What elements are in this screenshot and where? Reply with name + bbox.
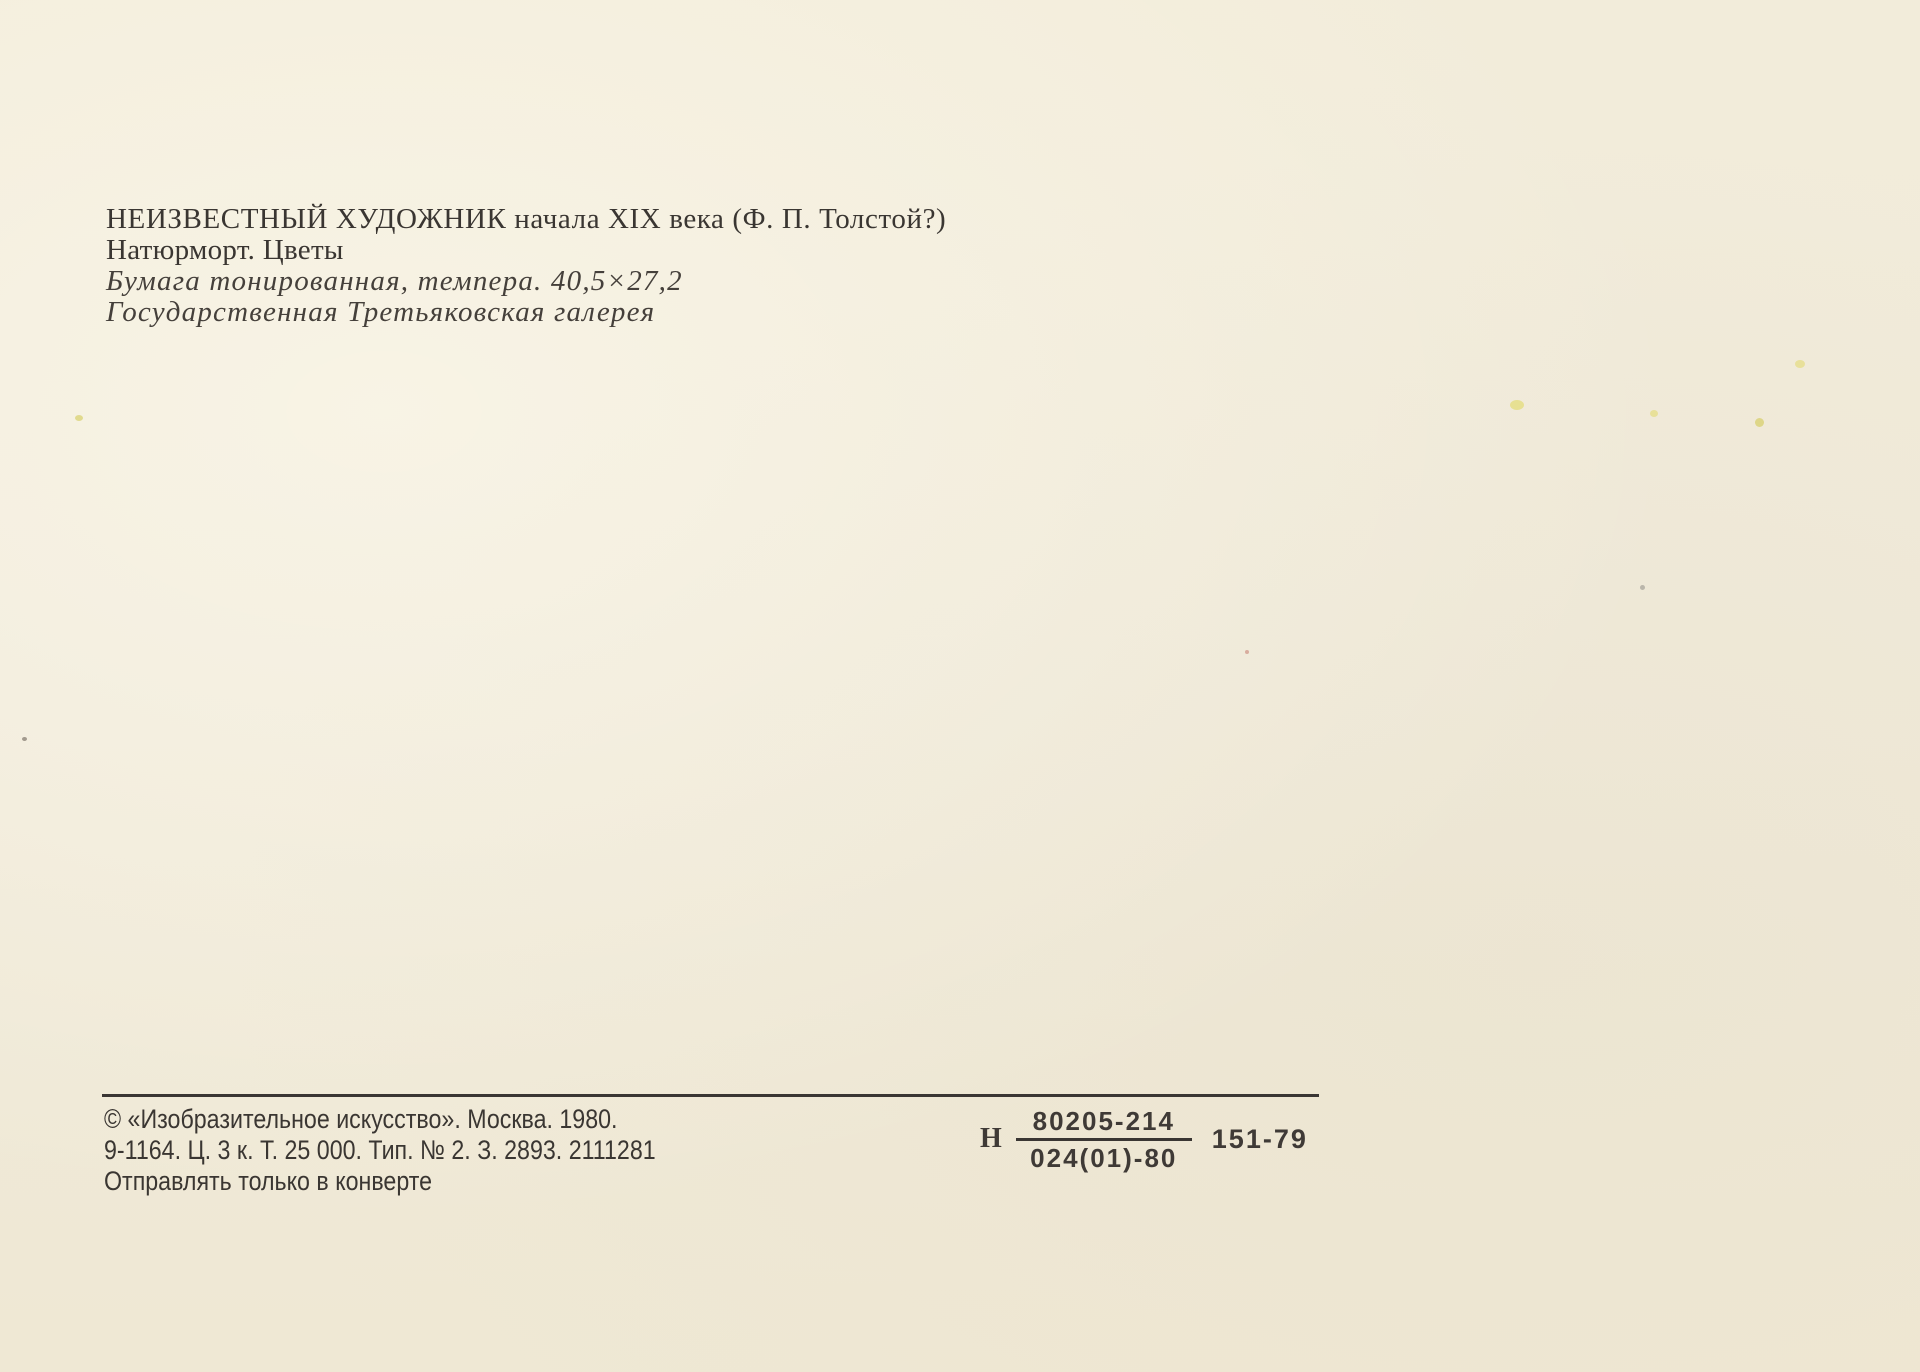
index-code: 151-79 xyxy=(1212,1124,1308,1155)
index-numerator: 80205-214 xyxy=(1033,1106,1175,1136)
fraction-bar xyxy=(1016,1138,1192,1141)
paper-speck xyxy=(1755,418,1764,427)
index-denominator: 024(01)-80 xyxy=(1030,1143,1177,1173)
mailing-note: Отправлять только в конверте xyxy=(104,1166,656,1197)
paper-speck xyxy=(1795,360,1805,368)
paper-speck xyxy=(1650,410,1658,417)
artwork-title: Натюрморт. Цветы xyxy=(106,235,946,266)
print-details-line: 9-1164. Ц. 3 к. Т. 25 000. Тип. № 2. З. … xyxy=(104,1135,656,1166)
artwork-caption: НЕИЗВЕСТНЫЙ ХУДОЖНИК начала XIX века (Ф.… xyxy=(106,204,946,328)
paper-speck xyxy=(75,415,83,421)
paper-speck xyxy=(1245,650,1249,654)
publisher-imprint: © «Изобразительное искусство». Москва. 1… xyxy=(104,1104,745,1197)
index-fraction: 80205-214 024(01)-80 xyxy=(1016,1106,1192,1173)
medium-dimensions: Бумага тонированная, темпера. 40,5×27,2 xyxy=(106,266,946,297)
artist-line: НЕИЗВЕСТНЫЙ ХУДОЖНИК начала XIX века (Ф.… xyxy=(106,204,946,235)
divider-rule xyxy=(102,1094,1319,1097)
copyright-line: © «Изобразительное искусство». Москва. 1… xyxy=(104,1104,656,1135)
catalog-index: Н 80205-214 024(01)-80 151-79 xyxy=(980,1104,1308,1174)
paper-speck xyxy=(1510,400,1524,410)
paper-speck xyxy=(22,737,27,741)
index-letter: Н xyxy=(980,1123,1002,1155)
paper-speck xyxy=(1640,585,1645,590)
collection-line: Государственная Третьяковская галерея xyxy=(106,297,946,328)
